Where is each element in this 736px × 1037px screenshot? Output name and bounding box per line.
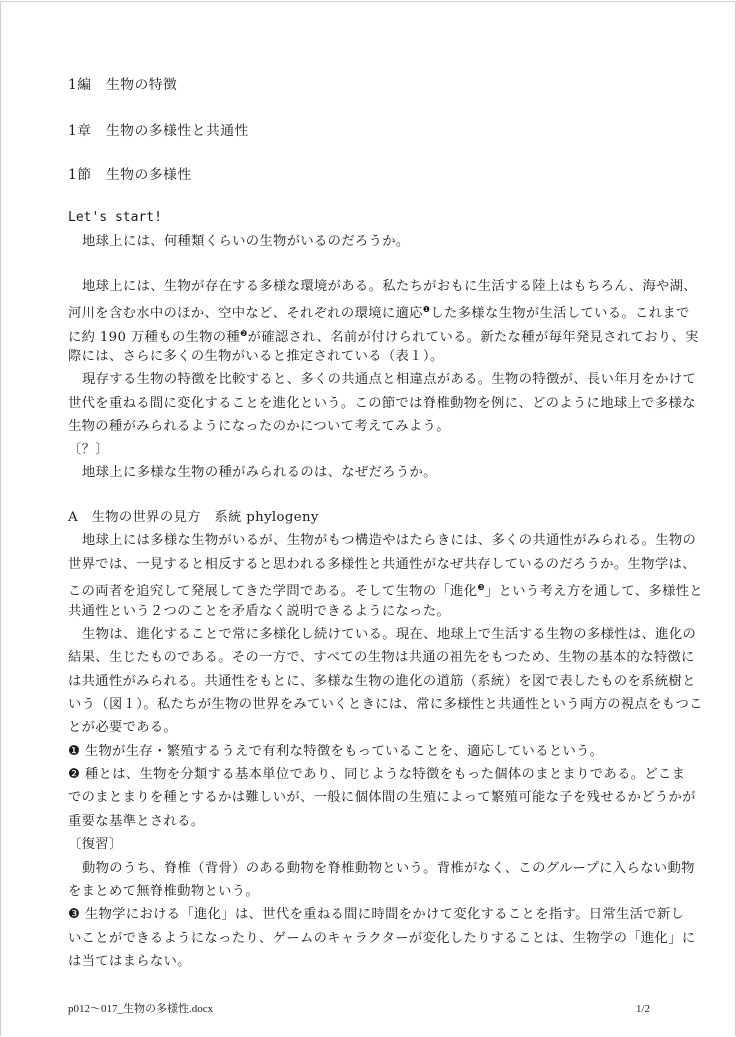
intro-p2-line-1: 現存する生物の特徴を比較すると、多くの共通点と相違点がある。生物の特徴が、長い年… [68, 370, 696, 390]
footnote-2-text-1: 種とは、生物を分類する基本単位であり、同じような特徴をもった個体のまとまりである… [85, 767, 685, 782]
subsection-a-p1-line-1: 地球上には多様な生物がいるが、生物がもつ構造やはたらきには、多くの共通性がみられ… [68, 531, 696, 551]
subsection-a-p1-line-2: 世界では、一見すると相反すると思われる多様性と共通性がなぜ共存しているのだろうか… [68, 555, 696, 575]
footnote-2-line-1: ❷ 種とは、生物を分類する基本単位であり、同じような特徴をもった個体のまとまりで… [68, 765, 685, 785]
lets-start-question: 地球上には、何種類くらいの生物がいるのだろうか。 [68, 232, 410, 252]
footnote-3-text-1: 生物学における「進化」は、世代を重ねる間に時間をかけて変化することを指す。日常生… [85, 907, 684, 922]
subsection-a-p2-line-2: 結果、生じたものである。その一方で、すべての生物は共通の祖先をもつため、生物の基… [68, 648, 695, 668]
intro-p1-line-4: 際には、さらに多くの生物がいると推定されている（表１）。 [68, 347, 443, 367]
subsection-a-p1-line-3b: 」という考え方を通して、多様性と [485, 584, 703, 599]
review-label: 〔復習〕 [68, 835, 123, 855]
footnote-3-line-1: ❸ 生物学における「進化」は、世代を重ねる間に時間をかけて変化することを指す。日… [68, 905, 684, 925]
intro-p1-line-3: に約 190 万種もの生物の種❷が確認され、名前が付けられている。新たな種が毎年… [68, 324, 699, 348]
footer-page-indicator: 1/2 [636, 1002, 650, 1016]
question-label: 〔？〕 [68, 440, 109, 460]
review-line-2: をまとめて無脊椎動物という。 [68, 882, 259, 902]
footnote-ref-2[interactable]: ❷ [240, 329, 248, 338]
footnote-1-mark: ❶ [68, 744, 80, 759]
intro-p1-line-3b: が確認され、名前が付けられている。新たな種が毎年発見されており、実 [248, 330, 699, 345]
footnote-2-mark: ❷ [68, 767, 80, 782]
subsection-a-p2-line-1: 生物は、進化することで常に多様化し続けている。現在、地球上で生活する生物の多様性… [68, 625, 696, 645]
chapter-heading: 1章 生物の多様性と共通性 [68, 121, 249, 141]
intro-p2-line-2: 世代を重ねる間に変化することを進化という。この節では脊椎動物を例に、どのように地… [68, 394, 696, 414]
subsection-a-p2-line-5: とが必要である。 [68, 718, 177, 738]
footnote-3-line-2: いことができるようになったり、ゲームのキャラクターが変化したりすることは、生物学… [68, 929, 696, 949]
footer-filename: p012～017_生物の多様性.docx [68, 1002, 213, 1016]
subsection-a-p1-line-3a: この両者を追究して発展してきた学問である。そして生物の「進化 [68, 584, 477, 599]
intro-p1-line-2b: した多様な生物が生活している。これまで [430, 306, 689, 321]
footnote-2-line-2: でのまとまりを種とするかは難しいが、一般に個体間の生殖によって繁殖可能な子を残せ… [68, 788, 696, 808]
question-text: 地球上に多様な生物の種がみられるのは、なぜだろうか。 [68, 463, 437, 483]
footnote-1: ❶ 生物が生存・繁殖するうえで有利な特徴をもっていることを、適応しているという。 [68, 742, 603, 762]
lets-start-label: Let's start! [68, 208, 162, 228]
intro-p2-line-3: 生物の種がみられるようになったのかについて考えてみよう。 [68, 417, 450, 437]
subsection-a-p2-line-4: いう（図１）。私たちが生物の世界をみていくときには、常に多様性と共通性という両方… [68, 695, 703, 715]
subsection-a-p1-line-4: 共通性という２つのことを矛盾なく説明できるようになった。 [68, 602, 450, 622]
footnote-1-text: 生物が生存・繁殖するうえで有利な特徴をもっていることを、適応しているという。 [85, 744, 604, 759]
subsection-a-title: A 生物の世界の見方 系統 phylogeny [68, 508, 319, 528]
section-heading: 1節 生物の多様性 [68, 165, 192, 185]
intro-p1-line-2a: 河川を含む水中のほか、空中など、それぞれの環境に適応 [68, 306, 423, 321]
intro-p1-line-2: 河川を含む水中のほか、空中など、それぞれの環境に適応❶した多様な生物が生活してい… [68, 300, 690, 324]
review-line-1: 動物のうち、脊椎（背骨）のある動物を脊椎動物という。背椎がなく、このグループに入… [68, 859, 695, 879]
footnote-ref-3[interactable]: ❸ [477, 583, 485, 592]
subsection-a-p2-line-3: は共通性がみられる。共通性をもとに、多様な生物の進化の道筋（系統）を図で表したも… [68, 672, 696, 692]
subsection-a-p1-line-3: この両者を追究して発展してきた学問である。そして生物の「進化❸」という考え方を通… [68, 578, 703, 602]
part-heading: 1編 生物の特徴 [68, 75, 177, 95]
document-page: 1編 生物の特徴 1章 生物の多様性と共通性 1節 生物の多様性 Let's s… [0, 1, 736, 1036]
footnote-2-line-3: 重要な基準とされる。 [68, 812, 204, 832]
footnote-3-line-3: は当てはまらない。 [68, 952, 191, 972]
footnote-3-mark: ❸ [68, 907, 80, 922]
intro-p1-line-1: 地球上には、生物が存在する多様な環境がある。私たちがおもに生活する陸上はもちろん… [68, 277, 697, 297]
intro-p1-line-3a: に約 190 万種もの生物の種 [68, 330, 240, 345]
